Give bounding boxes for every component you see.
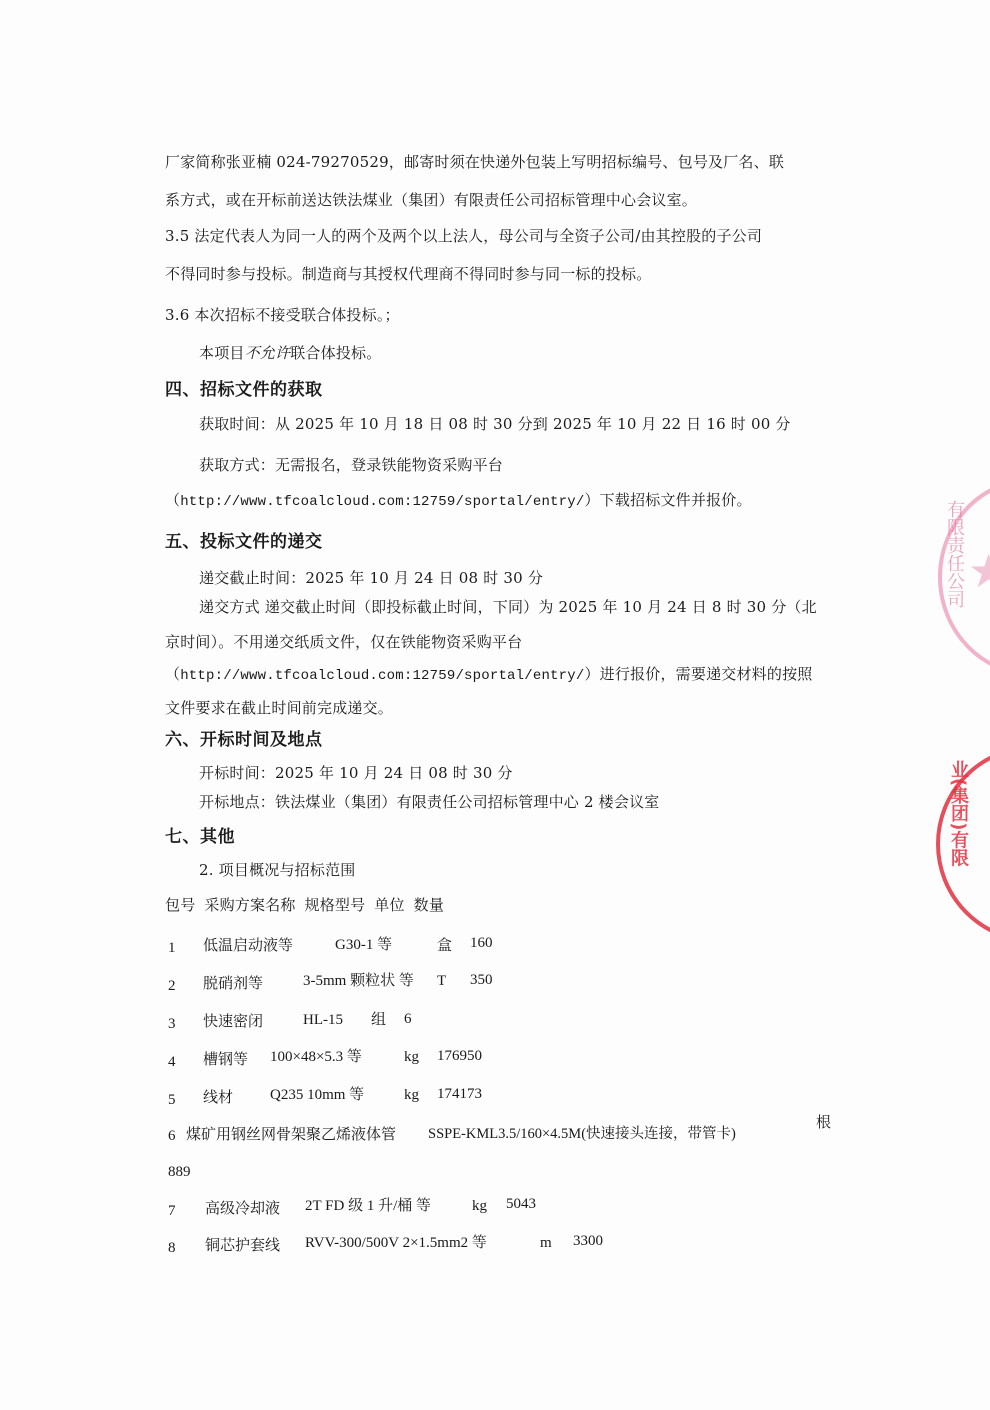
row-name: 煤矿用钢丝网骨架聚乙烯液体管: [186, 1124, 396, 1144]
row-spec: RVV-300/500V 2×1.5mm2 等: [305, 1233, 487, 1253]
row-unit: 根: [816, 1112, 831, 1132]
row-qty: 350: [470, 970, 493, 990]
row-unit: m: [540, 1233, 552, 1253]
row-spec: HL-15: [303, 1010, 343, 1030]
row-qty: 174173: [437, 1084, 482, 1104]
row-spec: 3-5mm 颗粒状 等: [303, 971, 414, 991]
section-4-url-line: （http://www.tfcoalcloud.com:12759/sporta…: [165, 490, 752, 512]
row-qty: 176950: [437, 1046, 482, 1066]
section-6-time: 开标时间：2025 年 10 月 24 日 08 时 30 分: [199, 763, 513, 783]
section-4-url-suffix: ）下载招标文件并报价。: [584, 491, 751, 509]
row-no: 8: [168, 1238, 176, 1258]
section-4-url-open: （: [165, 491, 180, 509]
paragraph-contact-line1: 厂家简称张亚楠 024-79270529，邮寄时须在快递外包装上写明招标编号、包…: [165, 152, 784, 172]
section-5-url-line: （http://www.tfcoalcloud.com:12759/sporta…: [165, 664, 812, 686]
clause-3-6-sub: 本项目不允许联合体投标。: [199, 343, 381, 363]
row-no: 1: [168, 938, 176, 958]
row-unit: 组: [371, 1009, 386, 1029]
section-4-time: 获取时间：从 2025 年 10 月 18 日 08 时 30 分到 2025 …: [199, 414, 791, 434]
section-7-heading: 七、其他: [165, 827, 235, 847]
section-5-url-open: （: [165, 665, 180, 683]
section-5-url-suffix: ）进行报价，需要递交材料的按照: [584, 665, 812, 683]
row-unit: T: [437, 971, 446, 991]
section-5-method-line4: 文件要求在截止时间前完成递交。: [165, 698, 393, 718]
row-no: 4: [168, 1052, 176, 1072]
company-seal-pink-text: 有限责任公司: [944, 500, 964, 608]
clause-3-6: 3.6 本次招标不接受联合体投标。；: [165, 305, 400, 325]
row-no: 5: [168, 1090, 176, 1110]
row-qty: 5043: [506, 1194, 536, 1214]
row-spec: 100×48×5.3 等: [270, 1047, 362, 1067]
clause-3-6-sub-emphasis: 不允许: [245, 344, 291, 362]
section-7-subheading: 2. 项目概况与招标范围: [199, 860, 355, 880]
row-no: 6: [168, 1126, 176, 1146]
row-qty: 889: [168, 1162, 191, 1182]
seal-star-icon: ★: [968, 548, 990, 594]
row-name: 槽钢等: [203, 1049, 248, 1069]
row-qty: 160: [470, 933, 493, 953]
section-5-method-line2: 京时间）。不用递交纸质文件，仅在铁能物资采购平台: [165, 632, 522, 652]
items-table-header: 包号 采购方案名称 规格型号 单位 数量: [165, 895, 444, 915]
clause-3-6-sub-prefix: 本项目: [199, 344, 245, 362]
row-unit: kg: [404, 1085, 419, 1105]
document-page: 厂家简称张亚楠 024-79270529，邮寄时须在快递外包装上写明招标编号、包…: [0, 0, 990, 1410]
row-name: 脱硝剂等: [203, 973, 263, 993]
section-6-location: 开标地点：铁法煤业（集团）有限责任公司招标管理中心 2 楼会议室: [199, 792, 659, 812]
section-5-method-line1: 递交方式 递交截止时间（即投标截止时间，下同）为 2025 年 10 月 24 …: [199, 597, 817, 617]
row-no: 3: [168, 1014, 176, 1034]
row-spec: G30-1 等: [335, 935, 392, 955]
row-unit: kg: [404, 1047, 419, 1067]
section-4-method: 获取方式：无需报名，登录铁能物资采购平台: [199, 455, 503, 475]
section-5-url-link[interactable]: http://www.tfcoalcloud.com:12759/sportal…: [180, 668, 584, 684]
row-spec: Q235 10mm 等: [270, 1085, 364, 1105]
row-name: 线材: [203, 1087, 233, 1107]
section-4-url-link[interactable]: http://www.tfcoalcloud.com:12759/sportal…: [180, 494, 584, 510]
row-unit: 盒: [437, 935, 452, 955]
row-no: 2: [168, 976, 176, 996]
clause-3-5-line1: 3.5 法定代表人为同一人的两个及两个以上法人，母公司与全资子公司/由其控股的子…: [165, 226, 762, 246]
row-name: 铜芯护套线: [205, 1235, 280, 1255]
section-6-heading: 六、开标时间及地点: [165, 730, 323, 750]
section-5-deadline: 递交截止时间：2025 年 10 月 24 日 08 时 30 分: [199, 568, 543, 588]
paragraph-contact-line2: 系方式，或在开标前送达铁法煤业（集团）有限责任公司招标管理中心会议室。: [165, 190, 697, 210]
row-name: 低温启动液等: [203, 935, 293, 955]
row-name: 高级冷却液: [205, 1198, 280, 1218]
row-unit: kg: [472, 1196, 487, 1216]
company-seal-red-text: 业(集团)有限: [948, 760, 968, 866]
clause-3-5-line2: 不得同时参与投标。制造商与其授权代理商不得同时参与同一标的投标。: [165, 264, 651, 284]
section-5-heading: 五、投标文件的递交: [165, 532, 323, 552]
row-qty: 6: [404, 1009, 412, 1029]
row-spec: 2T FD 级 1 升/桶 等: [305, 1196, 431, 1216]
clause-3-6-sub-suffix: 联合体投标。: [290, 344, 381, 362]
row-spec: SSPE-KML3.5/160×4.5M(快速接头连接，带管卡): [428, 1124, 736, 1144]
section-4-heading: 四、招标文件的获取: [165, 380, 323, 400]
row-qty: 3300: [573, 1231, 603, 1251]
row-no: 7: [168, 1201, 176, 1221]
row-name: 快速密闭: [203, 1011, 263, 1031]
